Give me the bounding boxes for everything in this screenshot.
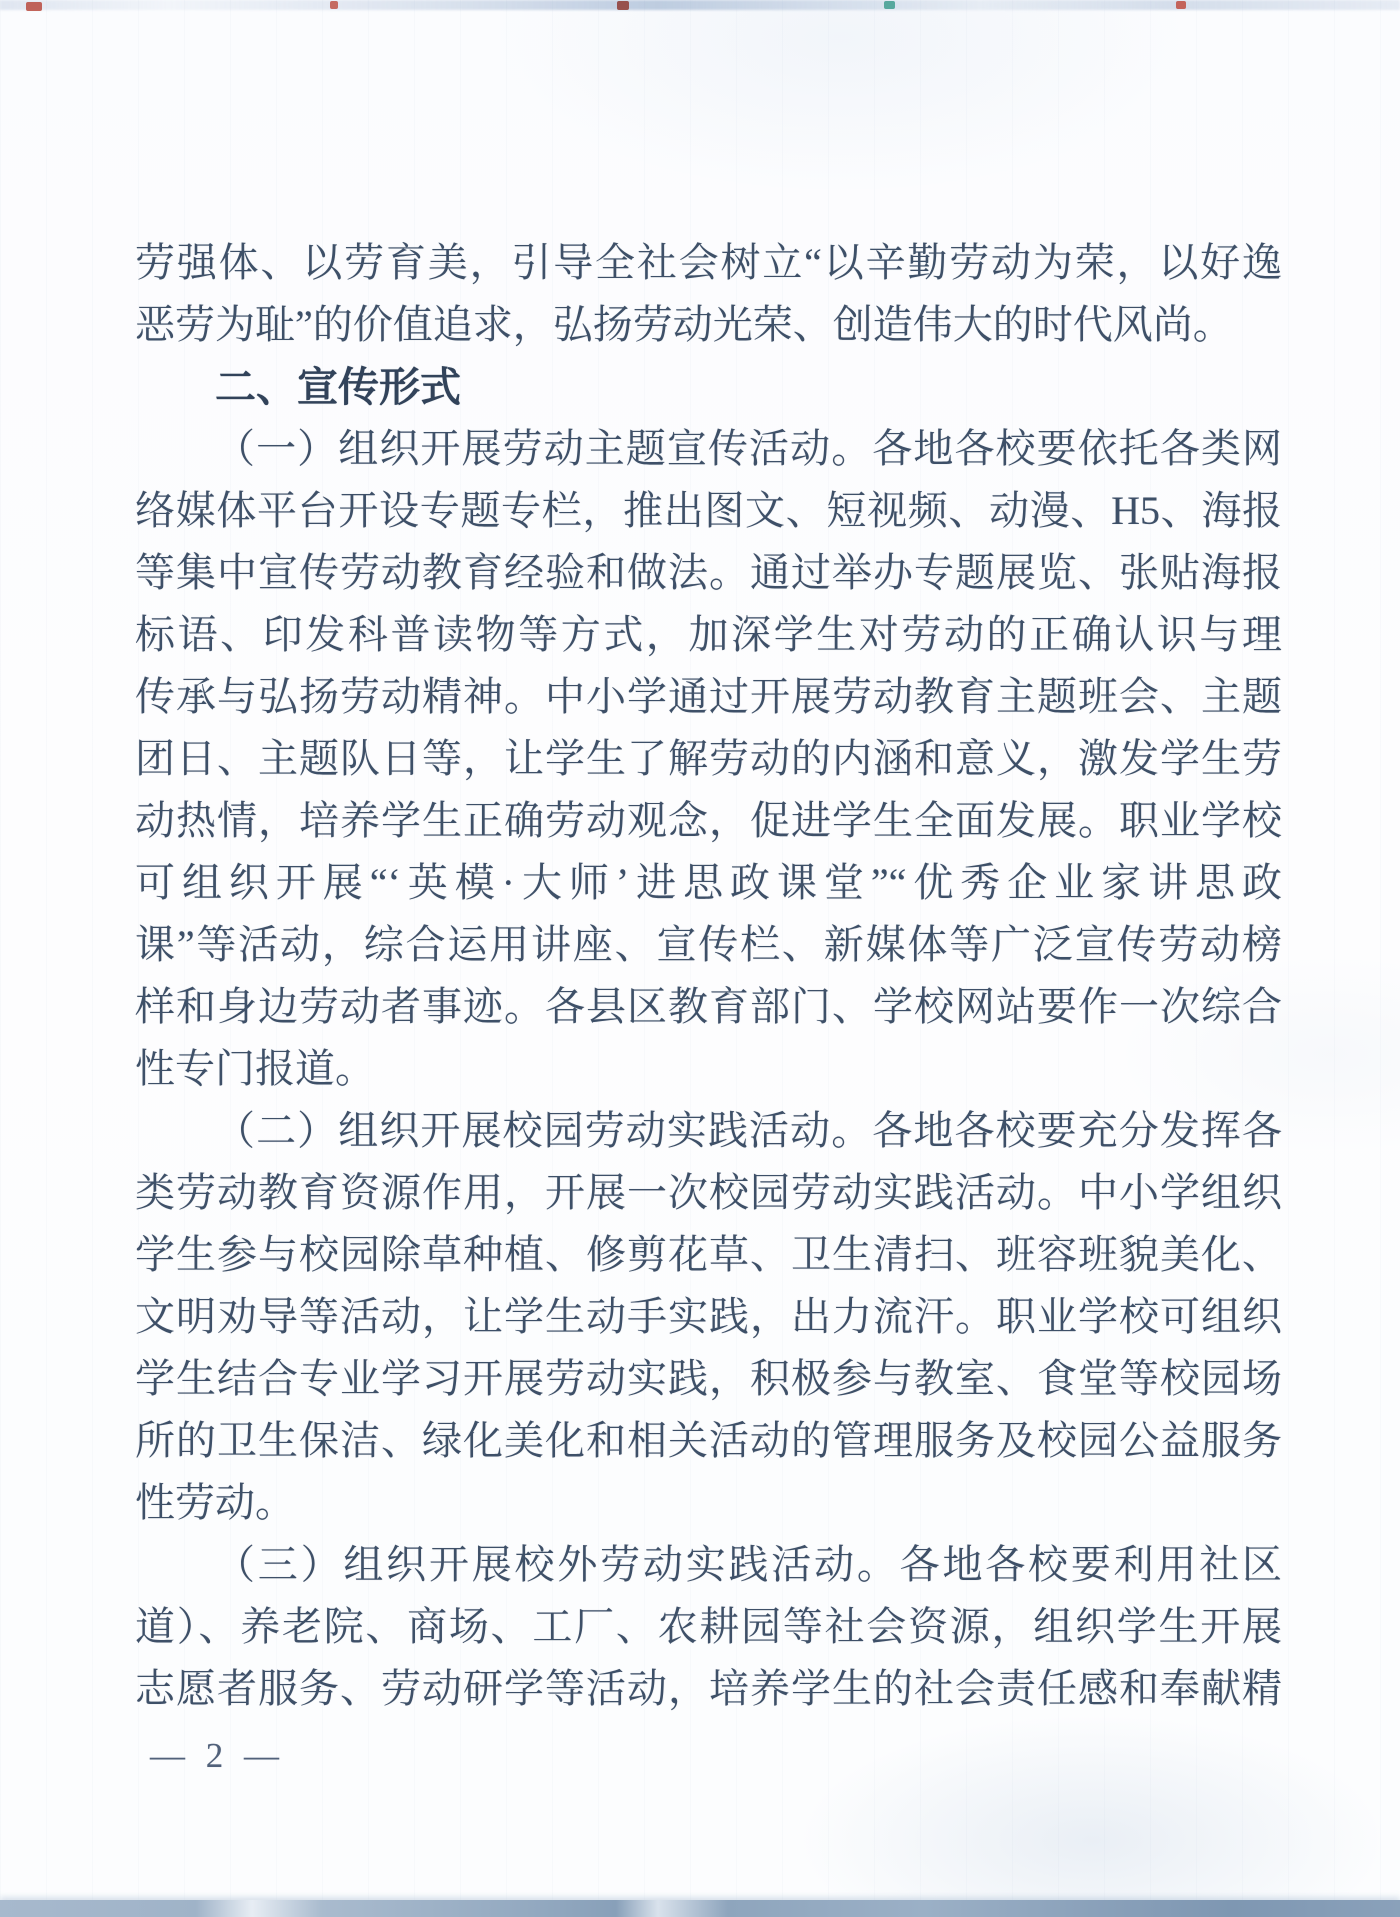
- document-body: 劳强体、以劳育美，引导全社会树立“以辛勤劳动为荣，以好逸恶劳为耻”的价值追求，弘…: [135, 232, 1282, 1720]
- text-line: 类劳动教育资源作用，开展一次校园劳动实践活动。中小学组织: [135, 1162, 1282, 1224]
- scan-speck: [1176, 1, 1186, 9]
- text-line: 学生结合专业学习开展劳动实践，积极参与教室、食堂等校园场: [135, 1348, 1282, 1410]
- bottom-scan-band: [0, 1900, 1400, 1917]
- text-line: 劳强体、以劳育美，引导全社会树立“以辛勤劳动为荣，以好逸: [135, 232, 1282, 294]
- text-line: （三）组织开展校外劳动实践活动。各地各校要利用社区（街: [135, 1534, 1282, 1596]
- text-line: 学生参与校园除草种植、修剪花草、卫生清扫、班容班貌美化、: [135, 1224, 1282, 1286]
- text-line: 所的卫生保洁、绿化美化和相关活动的管理服务及校园公益服务: [135, 1410, 1282, 1472]
- scanned-document-page: { "page": { "number_label": "— 2 —", "in…: [0, 0, 1400, 1917]
- section-heading: 二、宣传形式: [135, 356, 1282, 418]
- text-line: （一）组织开展劳动主题宣传活动。各地各校要依托各类网: [135, 418, 1282, 480]
- text-line: 标语、印发科普读物等方式，加深学生对劳动的正确认识与理解，: [135, 604, 1282, 666]
- text-line: 道）、养老院、商场、工厂、农耕园等社会资源，组织学生开展: [135, 1596, 1282, 1658]
- text-line: 性专门报道。: [135, 1038, 1282, 1100]
- scan-speck: [26, 2, 42, 11]
- text-line: 志愿者服务、劳动研学等活动，培养学生的社会责任感和奉献精: [135, 1658, 1282, 1720]
- text-line: 恶劳为耻”的价值追求，弘扬劳动光荣、创造伟大的时代风尚。: [135, 294, 1282, 356]
- text-line: 等集中宣传劳动教育经验和做法。通过举办专题展览、张贴海报: [135, 542, 1282, 604]
- text-line: 可组织开展“‘英模·大师’进思政课堂”“优秀企业家讲思政: [135, 852, 1282, 914]
- text-line: 团日、主题队日等，让学生了解劳动的内涵和意义，激发学生劳: [135, 728, 1282, 790]
- text-line: （二）组织开展校园劳动实践活动。各地各校要充分发挥各: [135, 1100, 1282, 1162]
- text-line: 络媒体平台开设专题专栏，推出图文、短视频、动漫、H5、海报: [135, 480, 1282, 542]
- text-line: 动热情，培养学生正确劳动观念，促进学生全面发展。职业学校: [135, 790, 1282, 852]
- text-line: 性劳动。: [135, 1472, 1282, 1534]
- text-line: 课”等活动，综合运用讲座、宣传栏、新媒体等广泛宣传劳动榜: [135, 914, 1282, 976]
- text-line: 文明劝导等活动，让学生动手实践，出力流汗。职业学校可组织: [135, 1286, 1282, 1348]
- scan-speck: [884, 1, 895, 9]
- top-scan-fringe: [0, 0, 1400, 10]
- page-number: — 2 —: [150, 1736, 285, 1776]
- text-line: 传承与弘扬劳动精神。中小学通过开展劳动教育主题班会、主题: [135, 666, 1282, 728]
- text-line: 样和身边劳动者事迹。各县区教育部门、学校网站要作一次综合: [135, 976, 1282, 1038]
- scan-speck: [617, 1, 629, 10]
- scan-speck: [330, 1, 338, 9]
